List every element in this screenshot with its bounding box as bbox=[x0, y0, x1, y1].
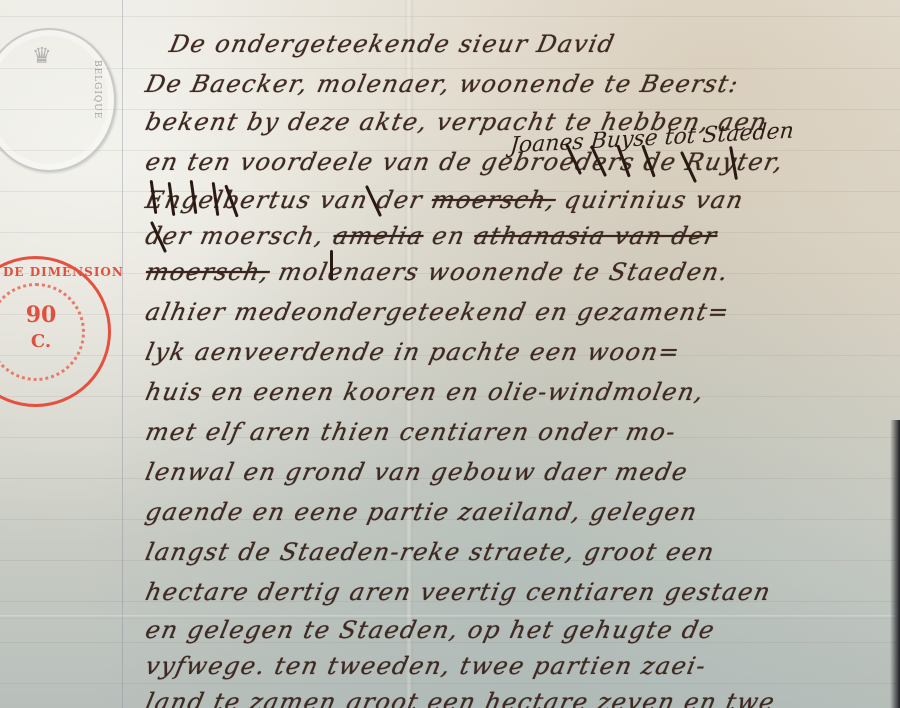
text-line-1: De ondergeteekende sieur David bbox=[167, 30, 618, 58]
text-segment: der moersch, bbox=[143, 222, 327, 250]
text-line-2: De Baecker, molenaer, woonende te Beerst… bbox=[143, 70, 742, 98]
struck-text: moersch, bbox=[429, 186, 559, 214]
text-segment: molenaers woonende te Staeden. bbox=[276, 258, 732, 286]
text-line-7: moersch, molenaers woonende te Staeden. bbox=[143, 258, 732, 286]
text-line-9: lyk aenveerdende in pachte een woon= bbox=[143, 338, 683, 366]
struck-text: moersch, bbox=[143, 258, 273, 286]
text-segment: quirinius van bbox=[562, 186, 747, 214]
text-line-14: langst de Staeden-reke straete, groot ee… bbox=[143, 538, 718, 566]
struck-text: amelia bbox=[331, 222, 427, 250]
text-line-15: hectare dertig aren veertig centiaren ge… bbox=[143, 578, 774, 606]
text-line-11: met elf aren thien centiaren onder mo- bbox=[143, 418, 679, 446]
text-line-13: gaende en eene partie zaeiland, gelegen bbox=[143, 498, 701, 526]
text-line-16: en gelegen te Staeden, op het gehugte de bbox=[143, 616, 718, 644]
tax-stamp-ring-text: DE DIMENSION bbox=[3, 265, 124, 279]
text-line-10: huis en eenen kooren en olie-windmolen, bbox=[143, 378, 707, 406]
page-edge-shadow bbox=[890, 420, 900, 708]
text-segment: Engelbertus van der bbox=[143, 186, 426, 214]
text-line-8: alhier medeondergeteekend en gezament= bbox=[143, 298, 733, 326]
document-page: ♛ BELGIQUE DE DIMENSION 90 C. De onderge… bbox=[0, 0, 900, 708]
text-line-17: vyfwege. ten tweeden, twee partien zaei- bbox=[143, 652, 709, 680]
text-segment: en bbox=[430, 222, 469, 250]
tax-stamp-unit: C. bbox=[11, 331, 71, 352]
margin-fold-line bbox=[122, 0, 123, 708]
text-line-6: der moersch, amelia en athanasia van der bbox=[143, 222, 720, 250]
crown-icon: ♛ bbox=[32, 44, 52, 69]
text-line-12: lenwal en grond van gebouw daer mede bbox=[143, 458, 691, 486]
tax-stamp-value: 90 bbox=[11, 303, 71, 327]
struck-text: athanasia van der bbox=[471, 222, 720, 250]
embossed-seal-text: BELGIQUE bbox=[72, 60, 102, 119]
deletion-mark bbox=[330, 250, 333, 280]
text-line-18: land te zamen groot een hectare zeven en… bbox=[143, 688, 778, 708]
handwritten-text: De ondergeteekende sieur David De Baecke… bbox=[142, 0, 900, 708]
